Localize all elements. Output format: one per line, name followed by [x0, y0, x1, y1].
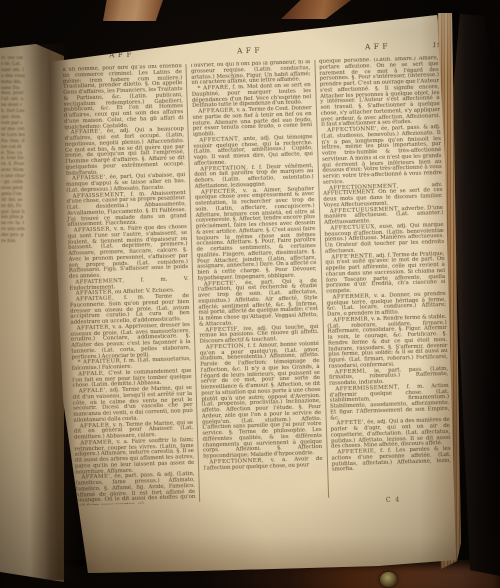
stand-post-right	[281, 0, 351, 19]
entry-headword: * AFFARE	[197, 85, 228, 92]
dictionary-entry: AFFECTUEUX, euse, adj. Qui marque beauco…	[324, 223, 444, 255]
running-head-3-cell: AFF 19	[314, 40, 442, 58]
book-photograph: N. vec rles té; Lat. user om. la des vou…	[0, 0, 500, 588]
entry-headword: AFFAIRE'	[70, 129, 100, 136]
entry-headword: AFFECTIONNER	[209, 458, 262, 466]
entry-headword: AFFE'RENTE	[331, 253, 373, 260]
entry-headword: AFFEAGER	[198, 108, 233, 115]
text-column-2: l'ouvrier, ou qui n'ont pas la grandeur,…	[186, 60, 328, 502]
dictionary-entry: AFFAMER, v. a. Faire souffrir la faim; r…	[74, 438, 194, 476]
dictionary-entry: à un homme, pour dire qu'ils ont entendu…	[63, 64, 184, 131]
dictionary-entry: AFFECTIONNER, v. a. Avoir de l'affection…	[203, 457, 323, 472]
dictionary-entry: AFFAISSER, v. n. Faire que des choses qu…	[68, 225, 189, 280]
dictionary-entry: AFFE'RENTE, adj. f. Terme de Pratique, q…	[325, 251, 446, 295]
entry-headword: AFFERMIR	[333, 316, 368, 323]
text-column-3: quelque personne. (Latin. amare.) Amare,…	[314, 56, 456, 498]
entry-headword: AFFAMER	[80, 439, 112, 446]
entry-headword: AFFAISSE'	[72, 175, 106, 182]
entry-headword: AFFECTIONNEMENT	[329, 183, 397, 191]
entry-headword: AFFERMISSEMENT	[335, 384, 397, 392]
entry-headword: AFFAITER	[77, 324, 109, 331]
dictionary-entry: AFFAITER, v. a. Apprivoiser, dresser les…	[71, 323, 191, 361]
entry-headword: AFFERMER	[332, 293, 369, 300]
dictionary-entry: AFFAIRE', ée, adj. Qui a beaucoup d'affa…	[64, 127, 185, 177]
entry-headword: * AFFAITEUR	[78, 358, 120, 365]
entry-headword: AFFETE'	[336, 420, 364, 427]
left-page-text-fragments: N. vec rles té; Lat. user om. la des vou…	[1, 56, 25, 551]
dictionary-entry: AFFERMISSEMENT, f. m. Action d'affermir …	[329, 384, 449, 422]
entry-headword: AFFECTUEUX	[330, 224, 375, 231]
running-head-2: AFF	[186, 44, 314, 62]
entry-headword: AFFECTE'	[204, 280, 236, 287]
dictionary-entry: AFFAISSEMENT, f. m. Abaissement d'une ch…	[66, 191, 186, 229]
dictionary-entry: AFFAME', ée, part. pass. & adj. (Latin, …	[75, 472, 195, 506]
entry-headword: AFFAME'	[81, 474, 110, 481]
stand-post-left	[103, 0, 163, 21]
entry-headword: AFFECTION	[206, 343, 244, 350]
entry-headword: AFFECTIONNE'	[327, 126, 377, 134]
running-head-1: AFF	[58, 48, 186, 66]
dictionary-entry: quelque personne. (Latin. amare.) Amare,…	[319, 56, 440, 129]
running-head-3: AFF	[365, 42, 391, 52]
dictionary-entry: AFFECTIONNE', ée, part. pass. & adj. (La…	[321, 125, 442, 186]
entry-headword: AFFETERIE	[337, 448, 374, 455]
entry-headword: AFFAITAGE	[76, 295, 112, 302]
entry-headword: AFFECTANT	[199, 136, 238, 143]
entry-headword: AFFAITEMENT	[75, 278, 122, 285]
dictionary-entry: AFFECTANT, ante, adj. Qui témoigne voulo…	[193, 135, 313, 167]
entry-headword: AFFECTER	[201, 188, 236, 195]
entry-headword: AFFALER	[80, 422, 110, 429]
dictionary-entry: AFFETERIE, f. f. Les paroles & les actio…	[331, 447, 451, 474]
entry-headword: AFFERMI	[335, 368, 365, 375]
dictionary-entry: AFFALE', adj. Terme de Marine, qui se di…	[73, 386, 193, 424]
entry-headword: AFFECTIF	[205, 326, 238, 333]
entry-headword: AFFECTATION	[200, 165, 246, 172]
entry-headword: AFFALE'	[79, 388, 106, 395]
gutter-shadow	[21, 44, 78, 581]
dictionary-entry: AFFECTE', ée, part. Qui a de l'affectati…	[198, 278, 319, 328]
entry-headword: AFFAISSER	[74, 226, 110, 233]
dictionary-entry: AFFECTION, f. f. Amour, bonne volonté qu…	[200, 342, 323, 461]
text-column-1: à un homme, pour dire qu'ils ont entendu…	[59, 64, 200, 506]
entry-headword: AFFECTUEUSEMENT	[330, 206, 398, 214]
page-top-highlight	[40, 10, 445, 32]
page-text-block: AFF AFF AFF 19 à un homme, pour dire qu'…	[58, 40, 456, 506]
column-area: à un homme, pour dire qu'ils ont entendu…	[59, 56, 457, 506]
brass-screw	[380, 572, 397, 587]
dictionary-entry: AFFERMIR, v. a. Rendre ferme & stable. (…	[327, 315, 448, 370]
entry-headword: AFFALE	[78, 370, 103, 377]
entry-headword: AFFAISSEMENT	[72, 192, 123, 200]
dictionary-entry: AFFECTER, v. a. Aimer, Souhaiter quelque…	[195, 187, 317, 283]
